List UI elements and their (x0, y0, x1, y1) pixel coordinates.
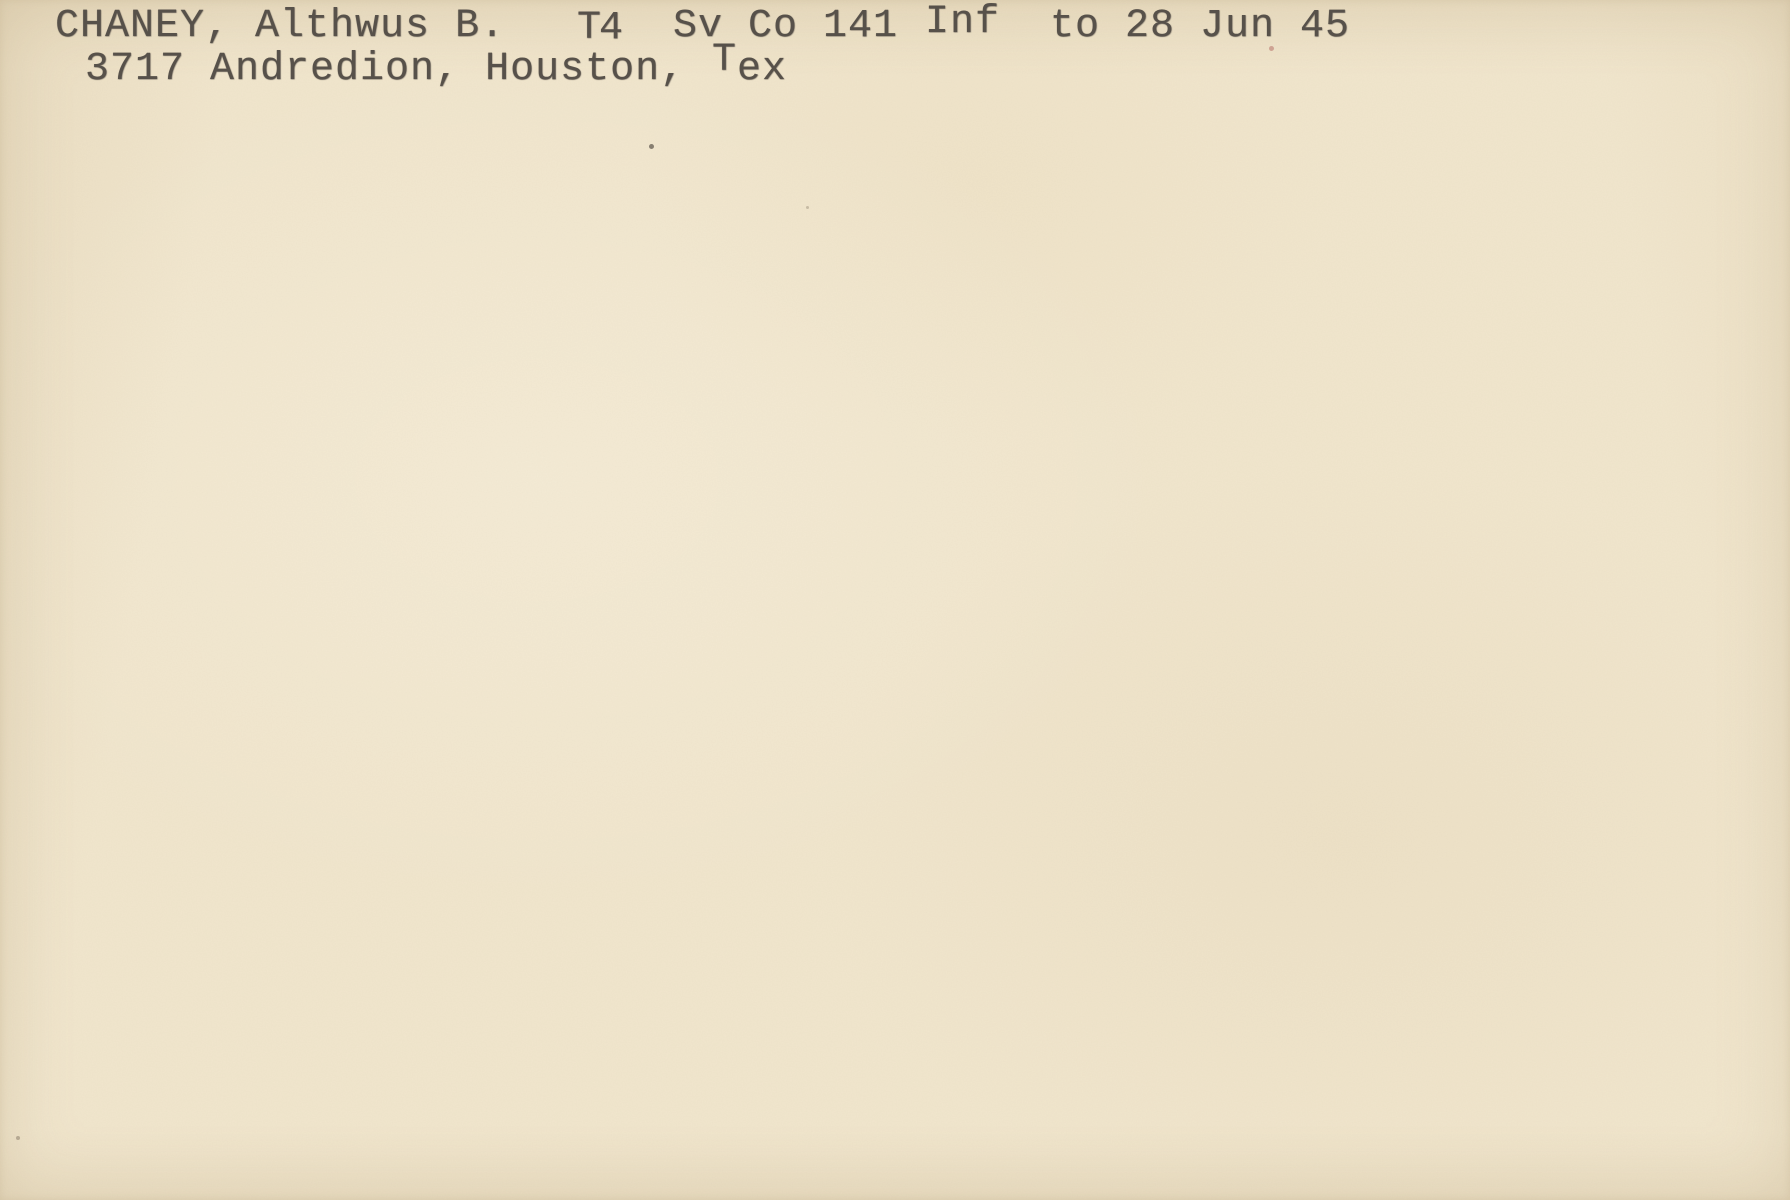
state-raised-letter: T (712, 37, 737, 85)
paper-speck (806, 206, 809, 209)
branch-text: Inf (925, 0, 1000, 47)
ink-speck (649, 144, 654, 149)
date-note-text: to 28 Jun 45 (1050, 3, 1350, 51)
soldier-name-text: CHANEY, Althwus B. (55, 3, 505, 51)
state-remainder-text: ex (737, 46, 787, 94)
paper-grain-texture (0, 0, 1790, 1200)
index-card: CHANEY, Althwus B. T4 Sv Co 141 Inf to 2… (0, 0, 1790, 1200)
unit-text: Sv Co 141 (673, 3, 898, 51)
paper-speck (16, 1136, 20, 1140)
address-text: 3717 Andredion, Houston, (85, 46, 685, 94)
